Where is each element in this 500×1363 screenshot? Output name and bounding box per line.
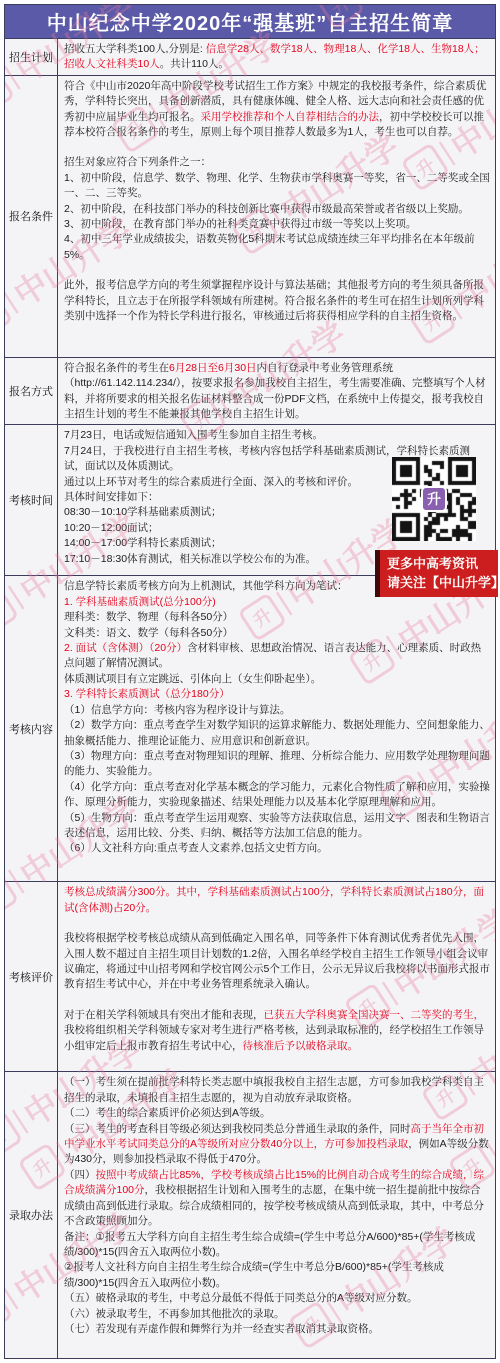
text-segment: 备注：①报考五大学科方向自主招生考生综合成绩=(学生中考总分A/600)*85+…	[64, 1231, 475, 1258]
text-segment: 此外，报考信息学方向的考生须掌握程序设计与算法基础；其他报考方向的考生须具备所报…	[64, 279, 484, 322]
paragraph: 4、初中三年学业成绩拔尖，语数英物化5科期末考试总成绩连续三年平均排名在本年级前…	[64, 232, 490, 263]
paragraph: 文科类：语文、数学（每科各50分）	[64, 626, 490, 641]
paragraph: （二）考生的综合素质评价必须达到A等级。	[64, 1106, 490, 1121]
row-enrollment-plan: 招生计划 招收五大学科类100人,分别是: 信息学28人、数学18人、物理18人…	[5, 38, 495, 75]
highlighted-text: 3. 学科特长素质测试（总分180分）	[64, 688, 230, 700]
text-segment: 14:00－17:00学科特长素质测试；	[64, 537, 222, 549]
text-segment: （七）若发现有弄虚作假和舞弊行为并一经查实者取消其录取资格。	[64, 1323, 379, 1335]
page: 中山纪念中学2020年“强基班”自主招生简章 招生计划 招收五大学科类100人,…	[0, 0, 500, 1363]
highlighted-text: 1. 学科基础素质测试(总分100分)	[64, 596, 216, 608]
text-segment: （五）破格录取的考生，中考总分最低不得低于同类总分的A等级对应分数。	[64, 1292, 418, 1304]
text-segment: （3）物理方向：重点考查对物理知识的理解、推理、分析综合能力、应用数学处理物理问…	[64, 750, 490, 777]
paragraph: （三）考生的考查科目等级必须达到我校同类总分普通生录取的条件，同时高于当年全市初…	[64, 1122, 490, 1168]
text-segment: 10:20－12:00面试；	[64, 522, 159, 534]
row-content: 考核总成绩满分300分。其中，学科基础素质测试占100分，学科特长素质测试占18…	[58, 882, 495, 1071]
blank-line	[64, 916, 490, 931]
qr-center-logo: 升	[421, 486, 447, 512]
text-segment: 4、初中三年学业成绩拔尖，语数英物化5科期末考试总成绩连续三年平均排名在本年级前…	[64, 233, 475, 260]
text-segment: 招收五大学科类100人,分别是:	[64, 43, 206, 55]
promo-line1: 更多中高考资讯	[387, 554, 498, 573]
paragraph: 7月23日，电话或短信通知入围考生参加自主招生考核。	[64, 428, 490, 443]
row-content: 符合报名条件的考生在6月28日至6月30日内自行登录中考业务管理系统（http:…	[58, 358, 495, 425]
row-label: 考核时间	[5, 425, 58, 575]
text-segment: 我校将根据学校考核总成绩从高到低确定入围名单，同等条件下体育测试优秀者优先入围，…	[64, 932, 490, 990]
row-content: 信息学特长素质考核方向为上机测试，其他学科方向为笔试：1. 学科基础素质测试(总…	[58, 576, 495, 881]
text-segment: 符合报名条件的考生在	[64, 362, 169, 374]
row-label: 报名方式	[5, 358, 58, 425]
paragraph: 符合《中山市2020年高中阶段学校考试招生工作方案》中规定的我校报考条件，综合素…	[64, 79, 490, 141]
blank-line	[64, 140, 490, 155]
highlighted-text: 考核总成绩满分300分。其中，学科基础素质测试占100分，学科特长素质测试占18…	[64, 886, 484, 913]
highlighted-text: 2. 面试（含体测）（20分）	[64, 642, 187, 654]
paragraph: 2. 面试（含体测）（20分）含材料审核、思想政治情况、语言表达能力、心理素质、…	[64, 641, 490, 672]
text-segment: 具体时间安排如下：	[64, 491, 159, 503]
text-segment: （六）被录取考生，不再参加其他批次的录取。	[64, 1308, 285, 1320]
text-segment: 对于在相关学科领域具有突出才能和表现，	[64, 1009, 264, 1021]
text-segment: 7月23日，电话或短信通知入围考生参加自主招生考核。	[64, 429, 323, 441]
row-assessment-evaluation: 考核评价 考核总成绩满分300分。其中，学科基础素质测试占100分，学科特长素质…	[5, 881, 495, 1071]
text-segment: 08:30－10:10学科基础素质测试；	[64, 506, 222, 518]
text-segment: 信息学特长素质考核方向为上机测试，其他学科方向为笔试：	[64, 580, 348, 592]
row-label: 招生计划	[5, 39, 58, 75]
highlighted-text: 待核准后予以破格录取。	[243, 1040, 359, 1052]
paragraph: （六）被录取考生，不再参加其他批次的录取。	[64, 1307, 490, 1322]
row-label: 考核内容	[5, 576, 58, 881]
row-content: （一）考生须在提前批学科特长类志愿中填报我校自主招生志愿，方可参加我校学科类自主…	[58, 1072, 495, 1358]
paragraph: 我校将根据学校考核总成绩从高到低确定入围名单，同等条件下体育测试优秀者优先入围，…	[64, 931, 490, 993]
paragraph: （6）人文社科方向:重点考查人文素养,包括文史哲方向。	[64, 841, 490, 856]
row-admission-rules: 录取办法 （一）考生须在提前批学科特长类志愿中填报我校自主招生志愿，方可参加我校…	[5, 1071, 495, 1358]
paragraph: 1、初中阶段，信息学、数学、物理、化学、生物获市学科奥赛一等奖，省一、二等奖或全…	[64, 171, 490, 202]
paragraph: （4）化学方向：重点考查对化学基本概念的学习能力，元素化合物性质了解和应用，实验…	[64, 780, 490, 811]
highlighted-text: 采用学校推荐和个人自荐相结合的办法	[201, 111, 380, 123]
paragraph: 3. 学科特长素质测试（总分180分）	[64, 687, 490, 702]
paragraph: 招生对象应符合下列条件之一：	[64, 155, 490, 170]
text-segment: （1）信息学方向：考核内容为程序设计与算法。	[64, 704, 290, 716]
admission-notice-table: 中山纪念中学2020年“强基班”自主招生简章 招生计划 招收五大学科类100人,…	[4, 4, 496, 1359]
text-segment: ②报考人文社科方向自主招生考生综合成绩=(学生中考总分B/600)*85+(学生…	[64, 1261, 444, 1288]
text-segment: 3、初中阶段，在教育部门举办的社科类竞赛中获得过市级一等奖以上奖项。	[64, 218, 416, 230]
text-segment: （四）	[64, 1169, 96, 1181]
paragraph: 3、初中阶段，在教育部门举办的社科类竞赛中获得过市级一等奖以上奖项。	[64, 217, 490, 232]
paragraph: 此外，报考信息学方向的考生须掌握程序设计与算法基础；其他报考方向的考生须具备所报…	[64, 278, 490, 324]
text-segment: 招生对象应符合下列条件之一：	[64, 156, 211, 168]
row-label: 考核评价	[5, 882, 58, 1071]
highlighted-text: 6月28日至6月30日	[169, 362, 257, 374]
text-segment: 1、初中阶段，信息学、数学、物理、化学、生物获市学科奥赛一等奖，省一、二等奖或全…	[64, 172, 490, 199]
text-segment: （二）考生的综合素质评价必须达到A等级。	[64, 1107, 271, 1119]
paragraph: 考核总成绩满分300分。其中，学科基础素质测试占100分，学科特长素质测试占18…	[64, 885, 490, 916]
text-segment: 理科类：数学、物理（每科各50分）	[64, 611, 233, 623]
text-segment: （5）生物方向：重点考查学生运用观察、实验等方法获取信息，运用文字、图表和生物语…	[64, 812, 490, 839]
row-content: 符合《中山市2020年高中阶段学校考试招生工作方案》中规定的我校报考条件，综合素…	[58, 76, 495, 357]
page-title: 中山纪念中学2020年“强基班”自主招生简章	[5, 5, 495, 38]
paragraph: （五）破格录取的考生，中考总分最低不得低于同类总分的A等级对应分数。	[64, 1291, 490, 1306]
text-segment: （一）考生须在提前批学科特长类志愿中填报我校自主招生志愿，方可参加我校学科类自主…	[64, 1076, 484, 1103]
paragraph: （一）考生须在提前批学科特长类志愿中填报我校自主招生志愿，方可参加我校学科类自主…	[64, 1075, 490, 1106]
paragraph: 2、初中阶段，在科技部门举办的科技创新比赛中获得市级最高荣誉或者省级以上奖励。	[64, 202, 490, 217]
highlighted-text: 已获五大学科奥赛全国决赛一、二等奖的考生，	[264, 1009, 485, 1021]
text-segment: 文科类：语文、数学（每科各50分）	[64, 627, 233, 639]
row-content: 招收五大学科类100人,分别是: 信息学28人、数学18人、物理18人、化学18…	[58, 39, 495, 75]
row-application-method: 报名方式 符合报名条件的考生在6月28日至6月30日内自行登录中考业务管理系统（…	[5, 357, 495, 425]
row-label: 报名条件	[5, 76, 58, 357]
paragraph: （七）若发现有弄虚作假和舞弊行为并一经查实者取消其录取资格。	[64, 1322, 490, 1337]
text-segment: 体质测试项目有立定跳远、引体向上（女生仰卧起坐）。	[64, 673, 321, 685]
promo-line2: 请关注【中山升学】	[387, 573, 498, 592]
text-segment: 通过以上环节对考生的综合素质进行全面、深入的考核和评价。	[64, 476, 358, 488]
text-segment: 17:10－18:30体育测试，相关标准以学校公布的为准。	[64, 553, 316, 565]
paragraph: ②报考人文社科方向自主招生考生综合成绩=(学生中考总分B/600)*85+(学生…	[64, 1260, 490, 1291]
paragraph: （3）物理方向：重点考查对物理知识的理解、推理、分析综合能力、应用数学处理物理问…	[64, 749, 490, 780]
paragraph: 体质测试项目有立定跳远、引体向上（女生仰卧起坐）。	[64, 672, 490, 687]
paragraph: 理科类：数学、物理（每科各50分）	[64, 610, 490, 625]
text-segment: （三）考生的考查科目等级必须达到我校同类总分普通生录取的条件，同时	[64, 1123, 411, 1135]
row-application-requirements: 报名条件 符合《中山市2020年高中阶段学校考试招生工作方案》中规定的我校报考条…	[5, 75, 495, 357]
paragraph: 招收五大学科类100人,分别是: 信息学28人、数学18人、物理18人、化学18…	[64, 42, 490, 73]
blank-line	[64, 993, 490, 1008]
qr-code: 升	[392, 457, 476, 541]
paragraph: （2）数学方向：重点考查学生对数学知识的运算求解能力、数据处理能力、空间想象能力…	[64, 718, 490, 749]
promo-banner: 更多中高考资讯 请关注【中山升学】	[375, 550, 498, 597]
text-segment: 2、初中阶段，在科技部门举办的科技创新比赛中获得市级最高荣誉或者省级以上奖励。	[64, 203, 469, 215]
paragraph: （5）生物方向：重点考查学生运用观察、实验等方法获取信息，运用文字、图表和生物语…	[64, 811, 490, 842]
paragraph: （四）按照中考成绩占比85%，学校考核成绩占比15%的比例自动合成考生的综合成绩…	[64, 1168, 490, 1230]
paragraph: 符合报名条件的考生在6月28日至6月30日内自行登录中考业务管理系统（http:…	[64, 361, 490, 423]
paragraph: 对于在相关学科领域具有突出才能和表现，已获五大学科奥赛全国决赛一、二等奖的考生，…	[64, 1008, 490, 1054]
paragraph: 1. 学科基础素质测试(总分100分)	[64, 595, 490, 610]
text-segment: 。共计110人。	[160, 58, 229, 70]
text-segment: （6）人文社科方向:重点考查人文素养,包括文史哲方向。	[64, 842, 328, 854]
row-assessment-content: 考核内容 信息学特长素质考核方向为上机测试，其他学科方向为笔试：1. 学科基础素…	[5, 575, 495, 881]
paragraph: （1）信息学方向：考核内容为程序设计与算法。	[64, 703, 490, 718]
paragraph: 备注：①报考五大学科方向自主招生考生综合成绩=(学生中考总分A/600)*85+…	[64, 1230, 490, 1261]
text-segment: （2）数学方向：重点考查学生对数学知识的运算求解能力、数据处理能力、空间想象能力…	[64, 719, 490, 746]
text-segment: （4）化学方向：重点考查对化学基本概念的学习能力，元素化合物性质了解和应用，实验…	[64, 781, 490, 808]
blank-line	[64, 263, 490, 278]
row-label: 录取办法	[5, 1072, 58, 1358]
